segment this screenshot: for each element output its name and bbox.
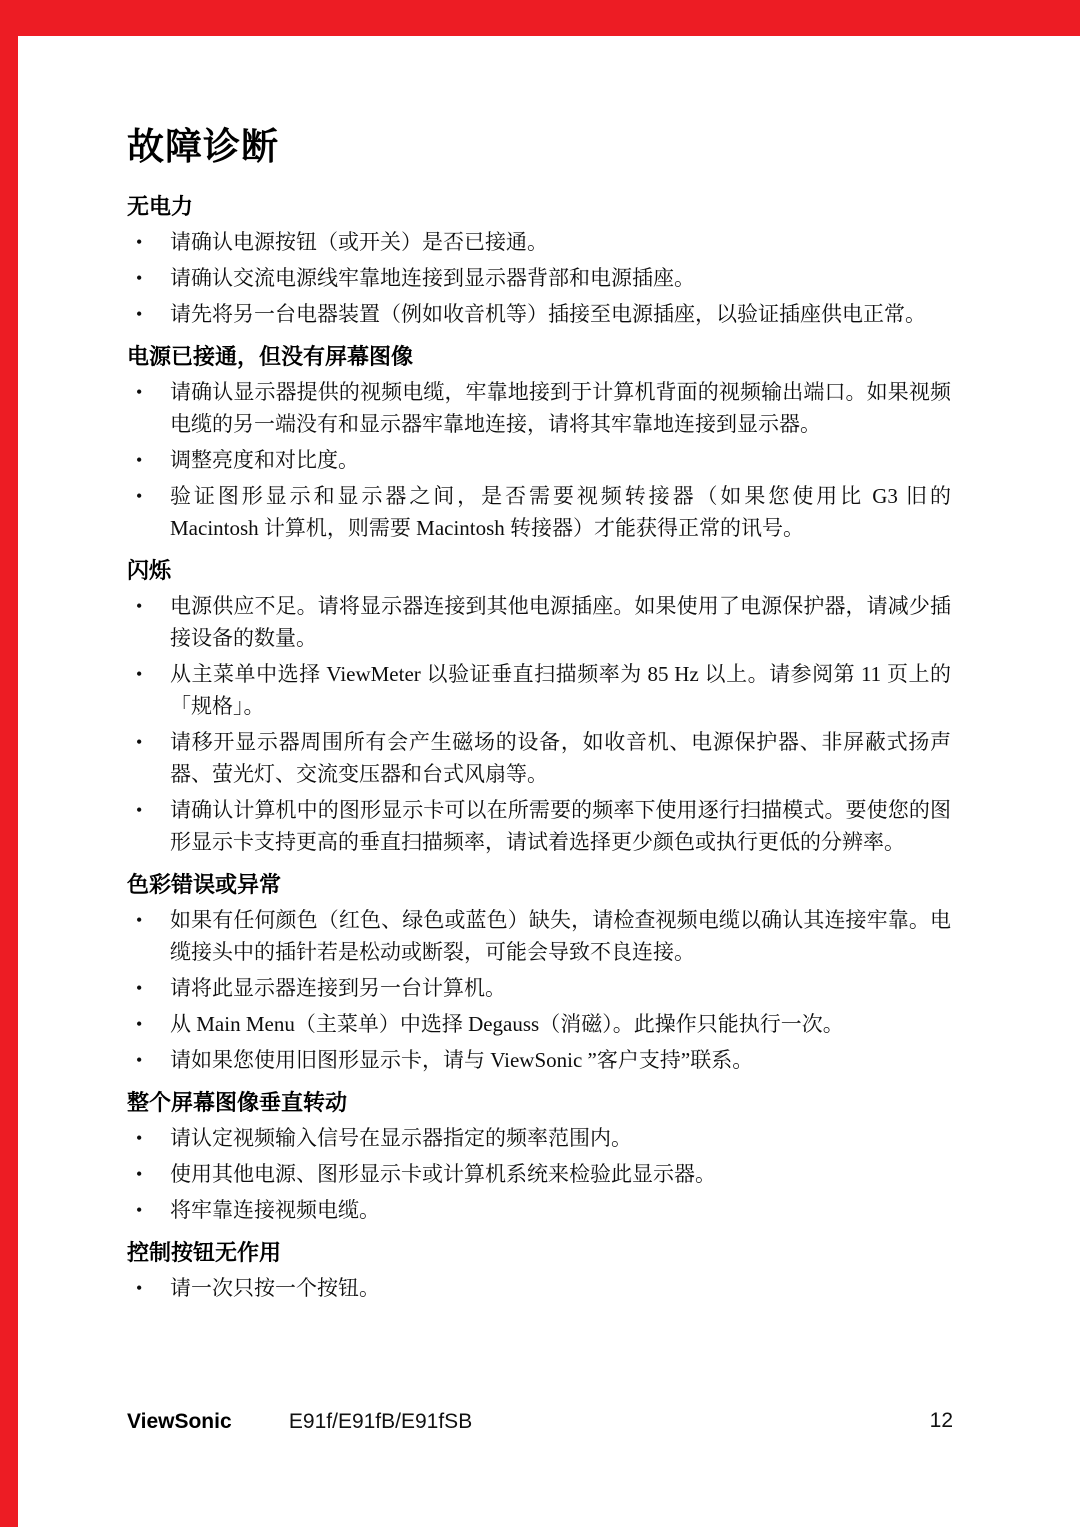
bullet-item: •电源供应不足。请将显示器连接到其他电源插座。如果使用了电源保护器，请减少插接设… <box>127 590 951 654</box>
troubleshooting-sections: 无电力•请确认电源按钮（或开关）是否已接通。•请确认交流电源线牢靠地连接到显示器… <box>127 194 951 1304</box>
bullet-dot-icon: • <box>136 480 142 512</box>
bullet-dot-icon: • <box>136 590 142 622</box>
bullet-dot-icon: • <box>136 444 142 476</box>
bullet-item: •调整亮度和对比度。 <box>127 444 951 476</box>
section-heading: 闪烁 <box>127 558 951 583</box>
bullet-text: 验证图形显示和显示器之间，是否需要视频转接器（如果您使用比 G3 旧的 Maci… <box>170 480 951 544</box>
bullet-dot-icon: • <box>136 658 142 690</box>
bullet-text: 请移开显示器周围所有会产生磁场的设备，如收音机、电源保护器、非屏蔽式扬声器、萤光… <box>170 726 951 790</box>
bullet-item: •请移开显示器周围所有会产生磁场的设备，如收音机、电源保护器、非屏蔽式扬声器、萤… <box>127 726 951 790</box>
bullet-text: 请确认交流电源线牢靠地连接到显示器背部和电源插座。 <box>170 262 951 294</box>
brand-logo-text: ViewSonic <box>127 1410 232 1433</box>
bullet-text: 请先将另一台电器装置（例如收音机等）插接至电源插座，以验证插座供电正常。 <box>170 298 951 330</box>
bullet-dot-icon: • <box>136 904 142 936</box>
bullet-dot-icon: • <box>136 1008 142 1040</box>
section-heading: 色彩错误或异常 <box>127 872 951 897</box>
section-heading: 无电力 <box>127 194 951 219</box>
bullet-text: 请将此显示器连接到另一台计算机。 <box>170 972 951 1004</box>
bullet-item: •如果有任何颜色（红色、绿色或蓝色）缺失，请检查视频电缆以确认其连接牢靠。电缆接… <box>127 904 951 968</box>
page-footer: ViewSonic E91f/E91fB/E91fSB 12 <box>127 1408 953 1435</box>
page-title: 故障诊断 <box>127 126 951 168</box>
bullet-dot-icon: • <box>136 1272 142 1304</box>
bullet-text: 如果有任何颜色（红色、绿色或蓝色）缺失，请检查视频电缆以确认其连接牢靠。电缆接头… <box>170 904 951 968</box>
bullet-text: 请确认计算机中的图形显示卡可以在所需要的频率下使用逐行扫描模式。要使您的图形显示… <box>170 794 951 858</box>
bullet-item: •请认定视频输入信号在显示器指定的频率范围内。 <box>127 1122 951 1154</box>
bullet-text: 将牢靠连接视频电缆。 <box>170 1194 951 1226</box>
bullet-text: 请认定视频输入信号在显示器指定的频率范围内。 <box>170 1122 951 1154</box>
bullet-text: 请一次只按一个按钮。 <box>170 1272 951 1304</box>
bullet-dot-icon: • <box>136 1044 142 1076</box>
bullet-text: 请确认显示器提供的视频电缆，牢靠地接到于计算机背面的视频输出端口。如果视频电缆的… <box>170 376 951 440</box>
bullet-text: 使用其他电源、图形显示卡或计算机系统来检验此显示器。 <box>170 1158 951 1190</box>
left-red-band <box>0 0 18 1527</box>
bullet-text: 从 Main Menu（主菜单）中选择 Degauss（消磁）。此操作只能执行一… <box>170 1008 951 1040</box>
bullet-item: •使用其他电源、图形显示卡或计算机系统来检验此显示器。 <box>127 1158 951 1190</box>
bullet-item: •请确认计算机中的图形显示卡可以在所需要的频率下使用逐行扫描模式。要使您的图形显… <box>127 794 951 858</box>
bullet-dot-icon: • <box>136 1158 142 1190</box>
bullet-dot-icon: • <box>136 262 142 294</box>
bullet-dot-icon: • <box>136 794 142 826</box>
bullet-item: •请将此显示器连接到另一台计算机。 <box>127 972 951 1004</box>
section-heading: 电源已接通，但没有屏幕图像 <box>127 344 951 369</box>
bullet-text: 电源供应不足。请将显示器连接到其他电源插座。如果使用了电源保护器，请减少插接设备… <box>170 590 951 654</box>
page-number: 12 <box>930 1408 953 1434</box>
top-red-band <box>0 0 1080 36</box>
bullet-item: •从 Main Menu（主菜单）中选择 Degauss（消磁）。此操作只能执行… <box>127 1008 951 1040</box>
bullet-dot-icon: • <box>136 972 142 1004</box>
bullet-dot-icon: • <box>136 376 142 408</box>
manual-page-content: 故障诊断 无电力•请确认电源按钮（或开关）是否已接通。•请确认交流电源线牢靠地连… <box>127 126 951 1308</box>
bullet-text: 调整亮度和对比度。 <box>170 444 951 476</box>
bullet-dot-icon: • <box>136 298 142 330</box>
bullet-text: 从主菜单中选择 ViewMeter 以验证垂直扫描频率为 85 Hz 以上。请参… <box>170 658 951 722</box>
bullet-dot-icon: • <box>136 726 142 758</box>
bullet-dot-icon: • <box>136 1122 142 1154</box>
bullet-item: •请先将另一台电器装置（例如收音机等）插接至电源插座，以验证插座供电正常。 <box>127 298 951 330</box>
bullet-item: •验证图形显示和显示器之间，是否需要视频转接器（如果您使用比 G3 旧的 Mac… <box>127 480 951 544</box>
bullet-item: •将牢靠连接视频电缆。 <box>127 1194 951 1226</box>
bullet-item: •请一次只按一个按钮。 <box>127 1272 951 1304</box>
section-heading: 整个屏幕图像垂直转动 <box>127 1090 951 1115</box>
bullet-item: •请确认交流电源线牢靠地连接到显示器背部和电源插座。 <box>127 262 951 294</box>
bullet-item: •从主菜单中选择 ViewMeter 以验证垂直扫描频率为 85 Hz 以上。请… <box>127 658 951 722</box>
bullet-item: •请确认电源按钮（或开关）是否已接通。 <box>127 226 951 258</box>
bullet-dot-icon: • <box>136 226 142 258</box>
bullet-text: 请确认电源按钮（或开关）是否已接通。 <box>170 226 951 258</box>
bullet-text: 请如果您使用旧图形显示卡，请与 ViewSonic ”客户支持”联系。 <box>170 1044 951 1076</box>
section-heading: 控制按钮无作用 <box>127 1240 951 1265</box>
bullet-dot-icon: • <box>136 1194 142 1226</box>
bullet-item: •请确认显示器提供的视频电缆，牢靠地接到于计算机背面的视频输出端口。如果视频电缆… <box>127 376 951 440</box>
bullet-item: •请如果您使用旧图形显示卡，请与 ViewSonic ”客户支持”联系。 <box>127 1044 951 1076</box>
model-number: E91f/E91fB/E91fSB <box>289 1410 472 1433</box>
